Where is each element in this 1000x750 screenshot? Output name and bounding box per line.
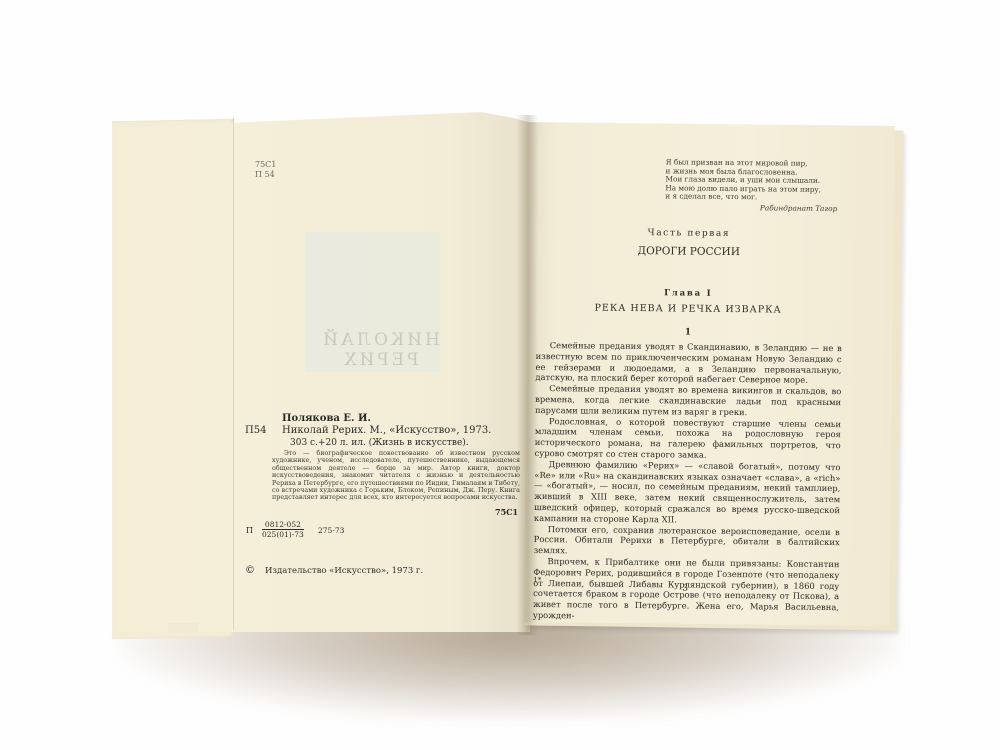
index-letter: П [246, 526, 253, 535]
right-page-content: Я был призван на этот мировой пир, и жиз… [535, 130, 888, 624]
paragraph: Родословная, о которой повествуют старши… [535, 416, 841, 462]
endpaper-fold [233, 118, 234, 630]
index-suffix: 275-73 [318, 526, 344, 535]
chapter-label: Глава I [538, 287, 838, 300]
part-title: ДОРОГИ РОССИИ [539, 244, 839, 259]
paragraph: Семейные предания уводят в Скандинавию, … [535, 340, 841, 386]
bibliographic-title: Николай Рерих. М., «Искусство», 1973. [282, 425, 491, 436]
library-code-line: П 54 [255, 170, 276, 180]
index-fraction: 0812-052 025(01)-73 [262, 520, 304, 539]
catalog-code: П54 [245, 425, 266, 436]
show-through-title: НИКОЛАЙ РЕРИХ [280, 330, 480, 370]
copyright-text: Издательство «Искусство», 1973 г. [265, 566, 423, 576]
chapter-body: Семейные предания уводят в Скандинавию, … [533, 340, 842, 624]
library-code: 75С1 П 54 [255, 160, 276, 180]
copyright-icon: © [245, 565, 255, 576]
book-annotation: Это — биографическое повествование об из… [272, 450, 520, 502]
copyright-line: ©Издательство «Искусство», 1973 г. [245, 565, 423, 576]
author-name: Полякова Е. И. [282, 413, 371, 424]
epigraph-line: и я сделал все, что мог. [665, 193, 837, 203]
section-number: 1 [538, 326, 838, 339]
left-page [118, 112, 530, 632]
paragraph: Потомки его, сохранив лютеранское вероис… [534, 524, 840, 560]
epigraph-author: Рабиндранат Тагор [665, 203, 837, 213]
index-numerator: 0812-052 [262, 520, 304, 530]
classification-code: 75С1 [495, 507, 518, 517]
paragraph: Древнюю фамилию «Рерих» — «славой богаты… [534, 459, 841, 527]
annotation-text: Это — биографическое повествование об из… [272, 450, 520, 502]
part-label: Часть первая [539, 227, 839, 240]
bibliographic-pages: 303 с.+20 л. ил. (Жизнь в искусстве). [290, 438, 469, 448]
paragraph: Семейные предания уводят во времена вики… [535, 383, 841, 419]
index-denominator: 025(01)-73 [262, 530, 304, 539]
epigraph: Я был призван на этот мировой пир, и жиз… [665, 158, 838, 213]
chapter-title: РЕКА НЕВА И РЕЧКА ИЗВАРКА [538, 302, 838, 316]
library-code-line: 75С1 [255, 160, 276, 170]
bookmark-tab [168, 623, 198, 633]
